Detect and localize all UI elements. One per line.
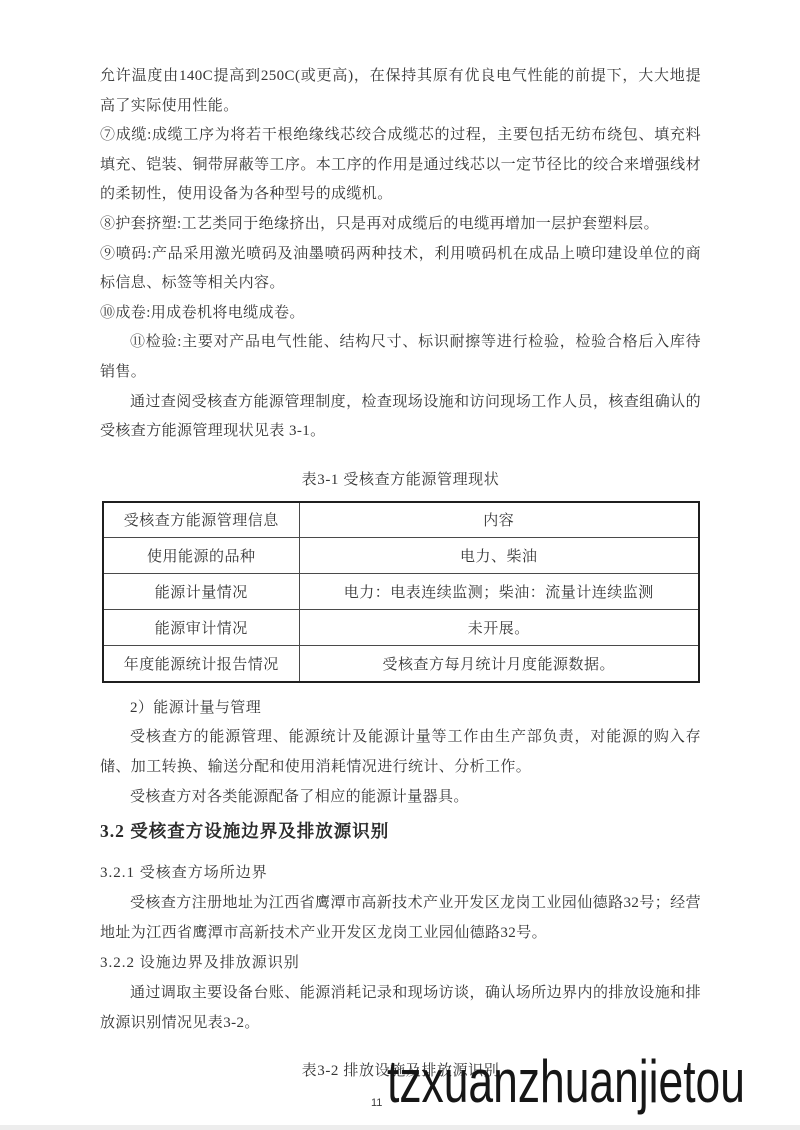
- paragraph-step9-printing: ⑨喷码:产品采用激光喷码及油墨喷码两种技术，利用喷码机在成品上喷印建设单位的商标…: [100, 240, 701, 299]
- subsection-heading-3-2-1: 3.2.1 受核查方场所边界: [100, 858, 701, 888]
- table-cell-label: 能源计量情况: [103, 574, 299, 610]
- table-cell-value: 未开展。: [299, 610, 699, 646]
- paragraph-temperature: 允许温度由140C提高到250C(或更高)，在保持其原有优良电气性能的前提下，大…: [100, 62, 701, 121]
- table-cell-label: 使用能源的品种: [103, 538, 299, 574]
- subsection-heading-3-2-2: 3.2.2 设施边界及排放源识别: [100, 948, 701, 978]
- table-row: 受核查方能源管理信息 内容: [103, 502, 699, 538]
- table-cell-value: 电力：电表连续监测；柴油：流量计连续监测: [299, 574, 699, 610]
- paragraph-step11-inspection: ⑪检验:主要对产品电气性能、结构尺寸、标识耐擦等进行检验，检验合格后入库待销售。: [100, 328, 701, 387]
- section-heading-3-2: 3.2 受核查方设施边界及排放源识别: [100, 816, 701, 846]
- paragraph-step8-sheath: ⑧护套挤塑:工艺类同于绝缘挤出，只是再对成缆后的电缆再增加一层护套塑料层。: [100, 210, 701, 240]
- paragraph-step10-coiling: ⑩成卷:用成卷机将电缆成卷。: [100, 299, 701, 329]
- table-cell-label: 年度能源统计报告情况: [103, 646, 299, 682]
- paragraph-energy-metering-title: 2）能源计量与管理: [100, 694, 701, 724]
- table-row: 使用能源的品种 电力、柴油: [103, 538, 699, 574]
- table-cell-value: 受核查方每月统计月度能源数据。: [299, 646, 699, 682]
- table-cell-value: 电力、柴油: [299, 538, 699, 574]
- paragraph-metering-devices: 受核查方对各类能源配备了相应的能源计量器具。: [100, 783, 701, 813]
- table-row: 能源计量情况 电力：电表连续监测；柴油：流量计连续监测: [103, 574, 699, 610]
- paragraph-site-boundary-address: 受核查方注册地址为江西省鹰潭市高新技术产业开发区龙岗工业园仙德路32号；经营地址…: [100, 889, 701, 948]
- paragraph-emission-source-identification: 通过调取主要设备台账、能源消耗记录和现场访谈，确认场所边界内的排放设施和排放源识…: [100, 979, 701, 1038]
- table-3-1-caption: 表3-1 受核查方能源管理现状: [100, 465, 701, 495]
- table-cell-label: 受核查方能源管理信息: [103, 502, 299, 538]
- page-number: 11: [371, 1097, 382, 1109]
- table-row: 能源审计情况 未开展。: [103, 610, 699, 646]
- bottom-strip: [0, 1125, 800, 1130]
- energy-management-table: 受核查方能源管理信息 内容 使用能源的品种 电力、柴油 能源计量情况 电力：电表…: [102, 501, 700, 683]
- table-row: 年度能源统计报告情况 受核查方每月统计月度能源数据。: [103, 646, 699, 682]
- table-cell-value: 内容: [299, 502, 699, 538]
- table-cell-label: 能源审计情况: [103, 610, 299, 646]
- document-content: 允许温度由140C提高到250C(或更高)，在保持其原有优良电气性能的前提下，大…: [100, 62, 701, 1092]
- watermark-text: tzxuanzhuanjietou: [387, 1052, 745, 1112]
- paragraph-step7-cabling: ⑦成缆:成缆工序为将若干根绝缘线芯绞合成缆芯的过程，主要包括无纺布绕包、填充料填…: [100, 121, 701, 210]
- paragraph-energy-management-detail: 受核查方的能源管理、能源统计及能源计量等工作由生产部负责，对能源的购入存储、加工…: [100, 723, 701, 782]
- paragraph-energy-review: 通过查阅受核查方能源管理制度，检查现场设施和访问现场工作人员，核查组确认的受核查…: [100, 388, 701, 447]
- document-page: 允许温度由140C提高到250C(或更高)，在保持其原有优良电气性能的前提下，大…: [0, 0, 800, 1130]
